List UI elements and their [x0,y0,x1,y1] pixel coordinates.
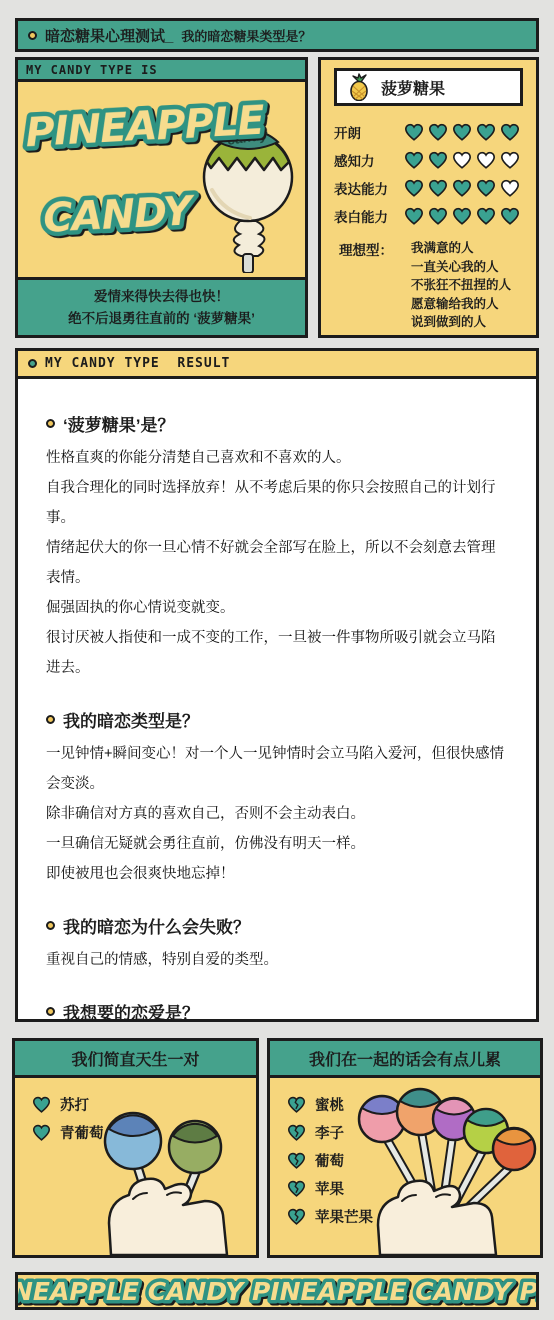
paragraph: 情绪起伏大的你一旦心情不好就会全部写在脸上，所以不会刻意去管理表情。 [46,533,508,593]
ideal-type-item: 我满意的人 [411,239,511,258]
heart-icon [32,1096,51,1113]
broken-heart-icon [287,1124,306,1141]
broken-heart-icon [287,1208,306,1225]
banner-text: NEAPPLE CANDY PINEAPPLE CANDY PINEAPPLE … [18,1277,539,1306]
paragraph: 重视自己的情感，特别自爱的类型。 [46,945,508,975]
stat-label: 开朗 [334,122,404,142]
ideal-type-item: 说到做到的人 [411,313,511,332]
page-title-bar: 暗恋糖果心理测试_ 我的暗恋糖果类型是？ [15,18,539,52]
hand [109,1179,227,1255]
result-header-label: MY CANDY TYPE RESULT [45,356,230,371]
bullet-icon [46,715,55,724]
candy-stats-card: 菠萝糖果 开朗 感知力 表达能力 表白能力 理想型： 我满意的人 [318,57,539,338]
paragraph: 一旦确信无疑就会勇往直前，仿佛没有明天一样。 [46,829,508,859]
bullet-icon [46,419,55,428]
lollipop-twist [234,221,265,256]
lollipop-stick [243,254,253,273]
good-match-body: 苏打 青葡萄 [15,1078,256,1255]
lollipop-illustration: candy [204,126,292,273]
section-heading: 我的暗恋为什么会失败？ [63,913,250,938]
candy-type-card: MY CANDY TYPE IS candy PINEAPPLE [15,57,308,338]
bullet-icon [46,921,55,930]
result-section: ‘菠萝糖果’是？ 性格直爽的你能分清楚自己喜欢和不喜欢的人。 自我合理化的同时选… [46,411,508,683]
candy-name: 菠萝糖果 [381,76,445,99]
ideal-type-item: 不张狂不扭捏的人 [411,276,511,295]
heart-rating [404,207,520,225]
hand-two-lollipops-illustration [81,1097,256,1255]
heart-rating [404,123,520,141]
result-section: 我想要的恋爱是？ 我行我素的你适合与不会阻挡你行事的人谈恋爱。 如果对方是一个愿… [46,999,508,1019]
stat-row: 感知力 [334,146,523,174]
result-section: 我的暗恋为什么会失败？ 重视自己的情感，特别自爱的类型。 [46,913,508,975]
bad-match-body: 蜜桃 李子 葡萄 苹果 苹果芒果 [270,1078,540,1255]
good-match-header: 我们简直天生一对 [15,1041,256,1078]
hand-five-lollipops-illustration [340,1079,540,1255]
candy-type-slogan: 爱情来得快去得也快！ 绝不后退勇往直前的 ‘菠萝糖果’ [18,277,305,335]
result-section: 我的暗恋类型是？ 一见钟情+瞬间变心！对一个人一见钟情时会立马陷入爱河，但很快感… [46,707,508,889]
banner-text-art: NEAPPLE CANDY PINEAPPLE CANDY PINEAPPLE … [18,1275,539,1307]
heart-rating [404,179,520,197]
paragraph: 倔强固执的你心情说变就变。 [46,593,508,623]
ideal-type-list: 我满意的人 一直关心我的人 不张狂不扭捏的人 愿意输给我的人 说到做到的人 [411,239,511,332]
broken-heart-icon [287,1180,306,1197]
slogan-line-2: 绝不后退勇往直前的 ‘菠萝糖果’ [68,308,255,330]
stat-label: 表达能力 [334,178,404,198]
paragraph: 除非确信对方真的喜欢自己，否则不会主动表白。 [46,799,508,829]
paragraph: 即使被甩也会很爽快地忘掉！ [46,859,508,889]
quiz-result-page: 暗恋糖果心理测试_ 我的暗恋糖果类型是？ MY CANDY TYPE IS ca… [0,0,554,1320]
ideal-type-label: 理想型： [339,239,411,332]
art-line-2: CANDY [42,188,197,242]
section-heading: 我想要的恋爱是？ [63,999,199,1019]
stat-label: 表白能力 [334,206,404,226]
good-match-card: 我们简直天生一对 苏打 青葡萄 [12,1038,259,1258]
paragraph: 自我合理化的同时选择放弃！从不考虑后果的你只会按照自己的计划行事。 [46,473,508,533]
heart-icon [32,1124,51,1141]
good-match-title: 我们简直天生一对 [71,1047,199,1070]
ideal-type-item: 一直关心我的人 [411,258,511,277]
bullet-icon [28,31,37,40]
bad-match-title: 我们在一起的话会有点儿累 [309,1047,501,1070]
stat-row: 表达能力 [334,174,523,202]
section-heading: 我的暗恋类型是？ [63,707,199,732]
bad-match-header: 我们在一起的话会有点儿累 [270,1041,540,1078]
result-card: MY CANDY TYPE RESULT ‘菠萝糖果’是？ 性格直爽的你能分清楚… [15,348,539,1022]
result-card-body: ‘菠萝糖果’是？ 性格直爽的你能分清楚自己喜欢和不喜欢的人。 自我合理化的同时选… [18,379,536,1019]
broken-heart-icon [287,1152,306,1169]
paragraph: 很讨厌被人指使和一成不变的工作，一旦被一件事物所吸引就会立马陷进去。 [46,623,508,683]
candy-type-header-label: MY CANDY TYPE IS [26,63,158,77]
section-heading: ‘菠萝糖果’是？ [63,411,174,436]
candy-name-box: 菠萝糖果 [334,68,523,106]
candy-type-art: candy PINEAPPLE CANDY [18,82,305,277]
bullet-icon [28,359,37,368]
pineapple-candy-illustration: candy PINEAPPLE CANDY [18,82,305,273]
candy-type-card-header: MY CANDY TYPE IS [18,60,305,82]
paragraph: 一见钟情+瞬间变心！对一个人一见钟情时会立马陷入爱河，但很快感情会变淡。 [46,739,508,799]
ideal-type-item: 愿意输给我的人 [411,295,511,314]
stat-label: 感知力 [334,150,404,170]
paragraph: 性格直爽的你能分清楚自己喜欢和不喜欢的人。 [46,443,508,473]
page-subtitle: 我的暗恋糖果类型是？ [181,26,311,45]
bad-match-card: 我们在一起的话会有点儿累 蜜桃 李子 葡萄 苹果 [267,1038,543,1258]
pineapple-icon [346,73,372,101]
stat-row: 开朗 [334,118,523,146]
bullet-icon [46,1007,55,1016]
page-title: 暗恋糖果心理测试_ [45,25,173,46]
slogan-line-1: 爱情来得快去得也快！ [94,286,229,308]
heart-rating [404,151,520,169]
result-card-header: MY CANDY TYPE RESULT [18,351,536,379]
broken-heart-icon [287,1096,306,1113]
ideal-type-block: 理想型： 我满意的人 一直关心我的人 不张狂不扭捏的人 愿意输给我的人 说到做到… [334,239,523,332]
stat-row: 表白能力 [334,202,523,230]
pineapple-candy-banner: NEAPPLE CANDY PINEAPPLE CANDY PINEAPPLE … [15,1272,539,1310]
stat-rows: 开朗 感知力 表达能力 表白能力 [334,118,523,230]
